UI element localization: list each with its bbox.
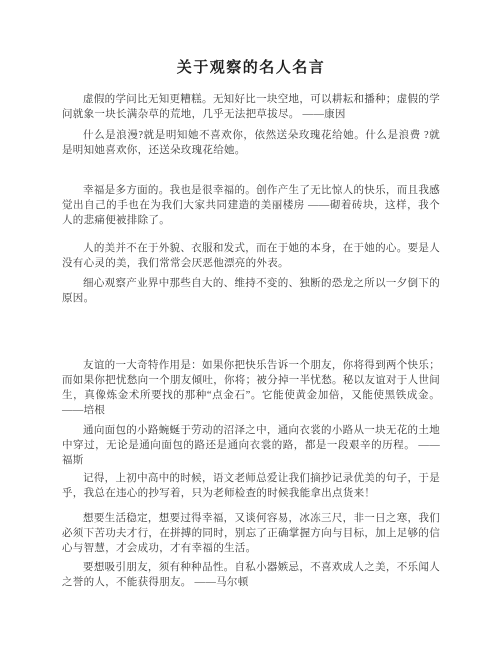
paragraph-quote: 人的美并不在于外貌、衣服和发式，而在于她的本身，在于她的心。要是人没有心灵的美，… (62, 241, 440, 271)
paragraph-quote: 通向面包的小路蜿蜒于劳动的沼泽之中，通向衣裳的小路从一块无花的土地中穿过，无论是… (62, 423, 440, 468)
paragraph-quote: 要想吸引朋友，须有种种品性。自私小器嫉忌，不喜欢成人之美，不乐闻人之誉的人，不能… (62, 560, 440, 590)
paragraph-quote: 幸福是多方面的。我也是很幸福的。创作产生了无比惊人的快乐，而且我感觉出自己的手也… (62, 183, 440, 228)
paragraph-quote: 记得，上初中高中的时候，语文老师总爱让我们摘抄记录优美的句子，于是乎，我总在违心… (62, 471, 440, 501)
document-title: 关于观察的名人名言 (62, 56, 440, 77)
paragraph-quote: 想要生活稳定，想要过得幸福，又谈何容易，冰冻三尺，非一日之寒，我们必须下苦功夫才… (62, 511, 440, 556)
paragraph-quote: 虚假的学问比无知更糟糕。无知好比一块空地，可以耕耘和播种；虚假的学问就象一块长满… (62, 92, 440, 122)
document-body: 虚假的学问比无知更糟糕。无知好比一块空地，可以耕耘和播种；虚假的学问就象一块长满… (62, 92, 440, 590)
document-page: 关于观察的名人名言 虚假的学问比无知更糟糕。无知好比一块空地，可以耕耘和播种；虚… (0, 0, 500, 647)
paragraph-quote: 友谊的一大奇特作用是：如果你把快乐告诉一个朋友，你将得到两个快乐；而如果你把忧愁… (62, 358, 440, 418)
paragraph-quote: 细心观察产业界中那些自大的、维持不变的、独断的恐龙之所以一夕倒下的原因。 (62, 276, 440, 306)
paragraph-quote: 什么是浪漫?就是明知她不喜欢你，依然送朵玫瑰花给她。什么是浪费 ?就是明知她喜欢… (62, 128, 440, 158)
